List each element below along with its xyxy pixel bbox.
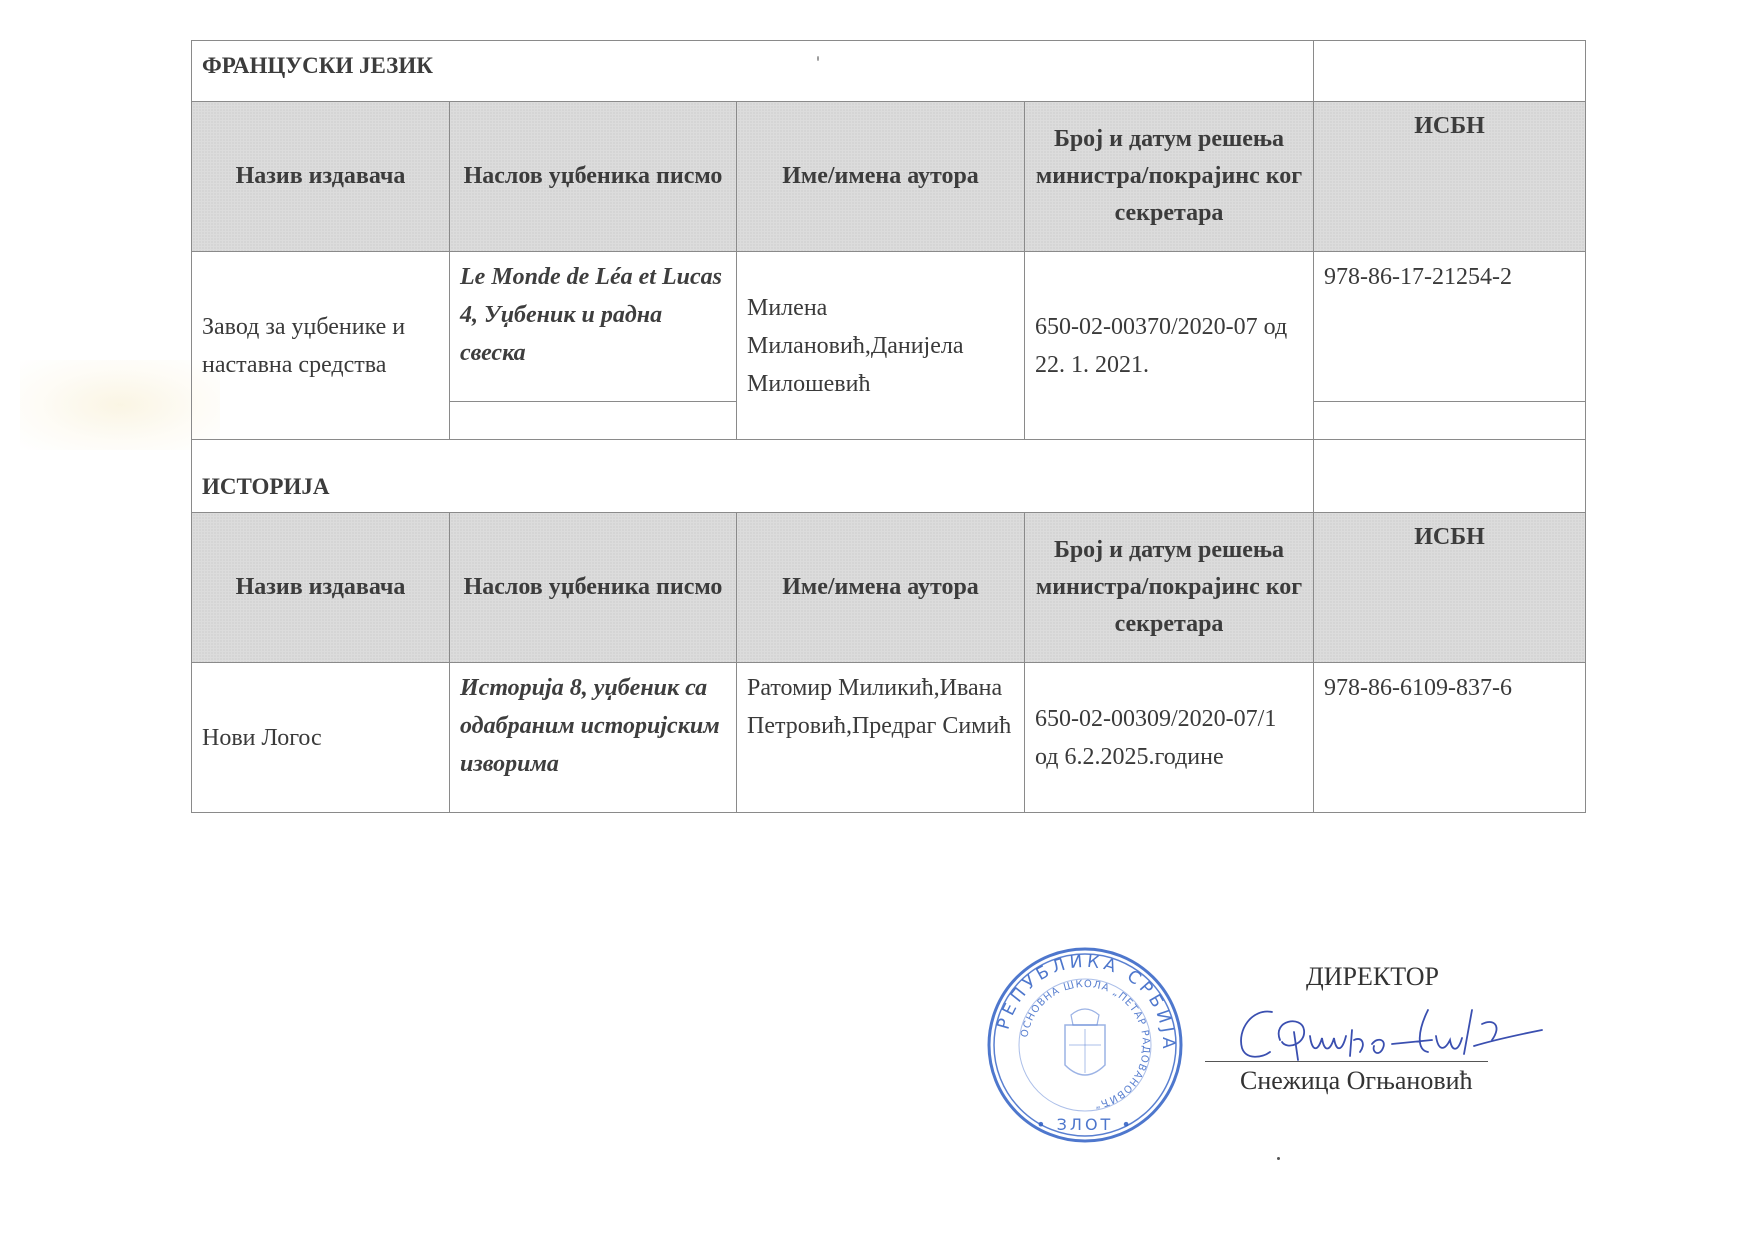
section-title-row: ФРАНЦУСКИ ЈЕЗИК (192, 41, 1586, 102)
cell-title: Le Monde de Léa et Lucas 4, Уџбеник и ра… (450, 252, 737, 402)
textbook-table: ФРАНЦУСКИ ЈЕЗИК Назив издавача Наслов уџ… (191, 40, 1586, 813)
empty-cell (1314, 41, 1586, 102)
empty-cell (1314, 440, 1586, 513)
table-row: Нови Логос Историја 8, уџбеник са одабра… (192, 663, 1586, 813)
header-title: Наслов уџбеника писмо (450, 513, 737, 663)
cell-isbn: 978-86-6109-837-6 (1314, 663, 1586, 813)
cell-authors: Ратомир Миликић,Ивана Петровић,Предраг С… (737, 663, 1025, 813)
header-row: Назив издавача Наслов уџбеника писмо Име… (192, 513, 1586, 663)
cell-authors: Милена Милановић,Данијела Милошевић (737, 252, 1025, 440)
paper-smudge (20, 360, 220, 450)
header-publisher: Назив издавача (192, 513, 450, 663)
section-title: ФРАНЦУСКИ ЈЕЗИК (192, 41, 1314, 102)
cell-decision: 650-02-00370/2020-07 од 22. 1. 2021. (1025, 252, 1314, 440)
header-authors: Име/имена аутора (737, 102, 1025, 252)
header-isbn: ИСБН (1314, 513, 1586, 663)
table-row: Завод за уџбенике и наставна средства Le… (192, 252, 1586, 402)
signature-icon (1232, 1000, 1562, 1070)
header-row: Назив издавача Наслов уџбеника писмо Име… (192, 102, 1586, 252)
signature-line (1205, 1061, 1488, 1062)
header-publisher: Назив издавача (192, 102, 450, 252)
cell-decision: 650-02-00309/2020-07/1 од 6.2.2025.годин… (1025, 663, 1314, 813)
svg-text:• ЗЛОТ •: • ЗЛОТ • (1036, 1115, 1134, 1134)
cell-isbn: 978-86-17-21254-2 (1314, 252, 1586, 402)
section-title: ИСТОРИЈА (192, 440, 1314, 513)
header-decision: Број и датум решења министра/покрајинс к… (1025, 513, 1314, 663)
empty-cell (1314, 402, 1586, 440)
cell-title: Историја 8, уџбеник са одабраним историј… (450, 663, 737, 813)
header-isbn: ИСБН (1314, 102, 1586, 252)
director-name: Снежица Огњановић (1240, 1066, 1473, 1096)
cell-publisher: Нови Логос (192, 663, 450, 813)
director-title: ДИРЕКТОР (1306, 962, 1439, 992)
header-title: Наслов уџбеника писмо (450, 102, 737, 252)
header-decision: Број и датум решења министра/покрајинс к… (1025, 102, 1314, 252)
cell-publisher: Завод за уџбенике и наставна средства (192, 252, 450, 440)
scan-speck (817, 56, 819, 61)
empty-cell (450, 402, 737, 440)
school-stamp-icon: РЕПУБЛИКА СРБИЈА ОСНОВНА ШКОЛА „ПЕТАР РА… (985, 945, 1185, 1145)
scan-speck (1277, 1157, 1280, 1160)
section-title-row: ИСТОРИЈА (192, 440, 1586, 513)
header-authors: Име/имена аутора (737, 513, 1025, 663)
